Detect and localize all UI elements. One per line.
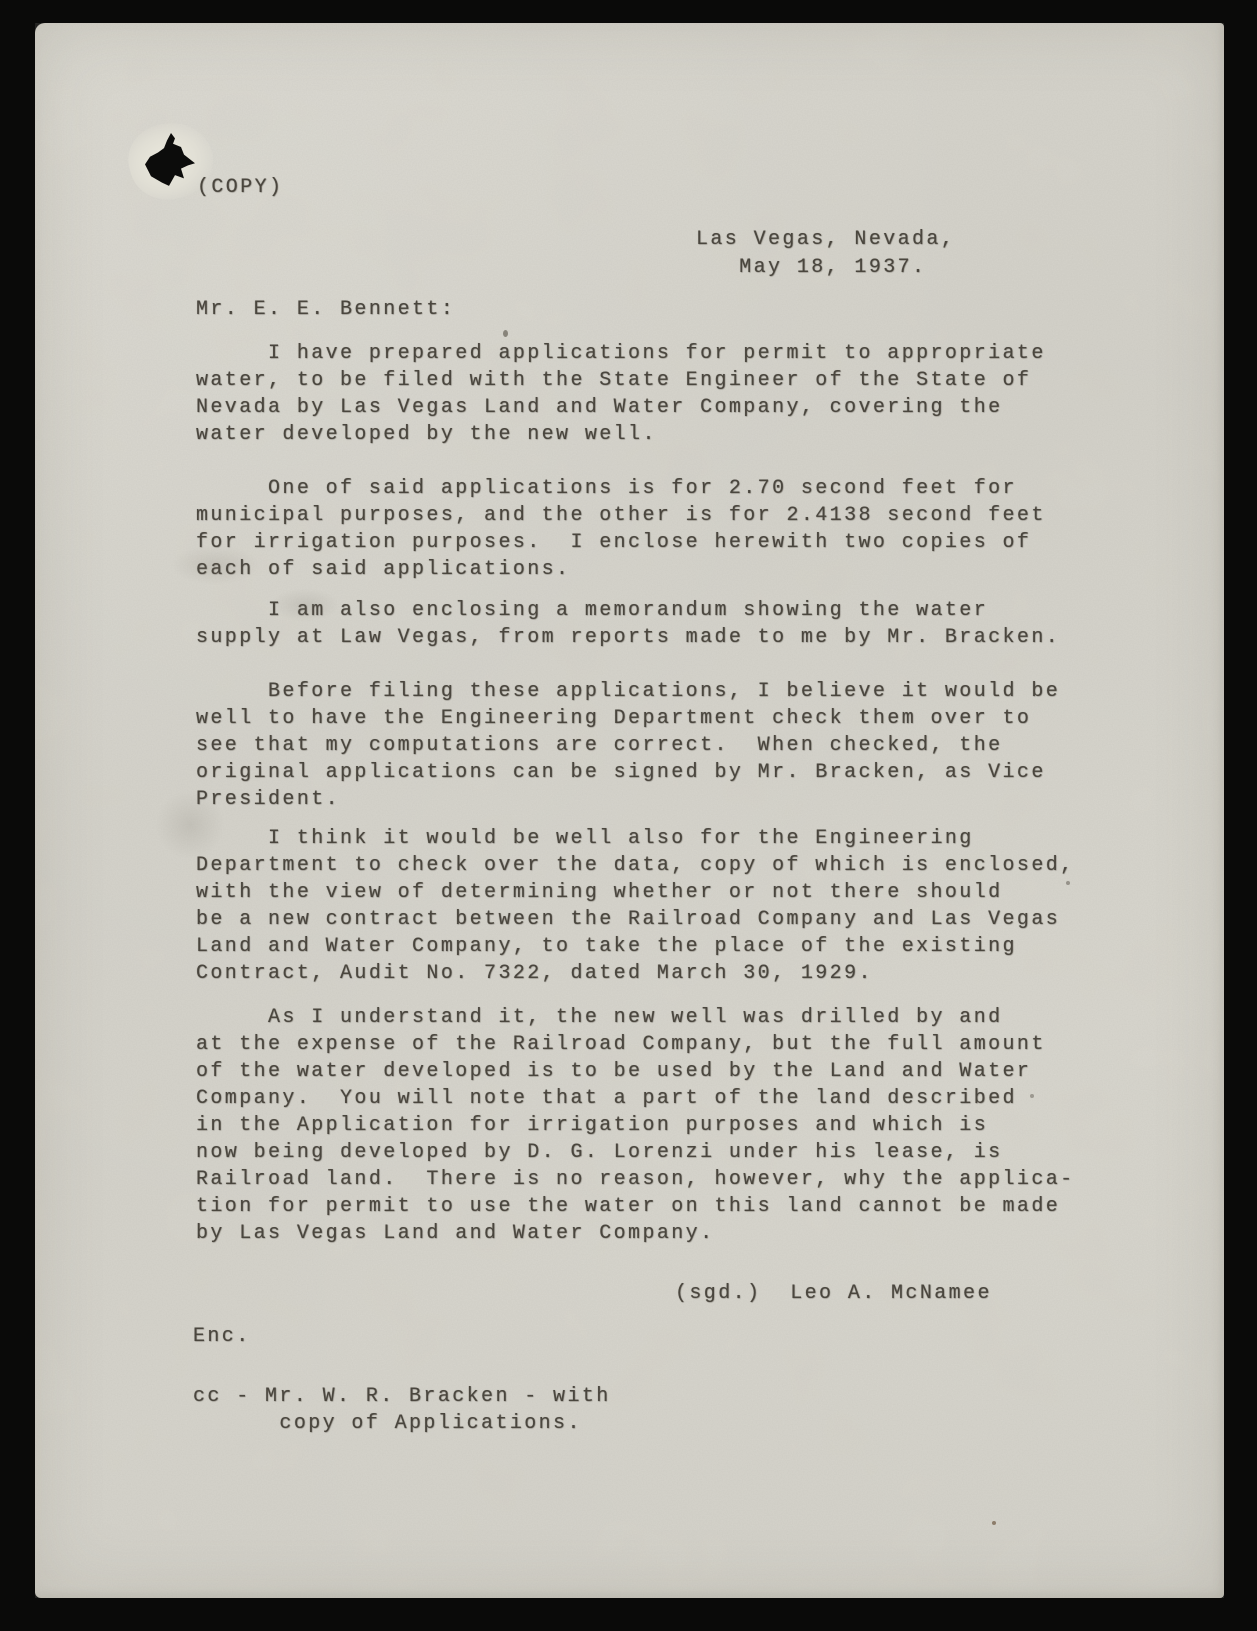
cc-note: cc - Mr. W. R. Bracken - with copy of Ap… bbox=[193, 1383, 611, 1437]
letter-text-layer: (COPY) Las Vegas, Nevada, May 18, 1937. … bbox=[0, 0, 1257, 1631]
letter-paragraph-4: Before filing these applications, I beli… bbox=[196, 678, 1060, 813]
salutation: Mr. E. E. Bennett: bbox=[196, 296, 455, 323]
copy-label: (COPY) bbox=[197, 174, 283, 201]
paper-speck bbox=[992, 1521, 996, 1525]
scan-background: { "letter": { "copy_label": "(COPY)", "d… bbox=[0, 0, 1257, 1631]
letter-paragraph-2: One of said applications is for 2.70 sec… bbox=[196, 475, 1046, 583]
ink-speck bbox=[503, 330, 508, 337]
letter-paragraph-6: As I understand it, the new well was dri… bbox=[196, 1004, 1075, 1247]
letter-paragraph-1: I have prepared applications for permit … bbox=[196, 340, 1046, 448]
signature-line: (sgd.) Leo A. McNamee bbox=[675, 1280, 992, 1307]
letter-paragraph-3: I am also enclosing a memorandum showing… bbox=[196, 597, 1060, 651]
enclosure-note: Enc. bbox=[193, 1323, 251, 1350]
letter-paragraph-5: I think it would be well also for the En… bbox=[196, 825, 1075, 987]
dateline: Las Vegas, Nevada, May 18, 1937. bbox=[696, 226, 955, 282]
